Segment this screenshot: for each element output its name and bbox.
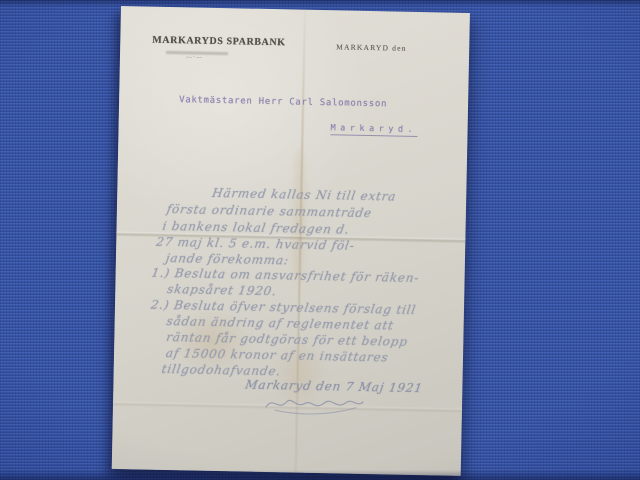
photo-background: MARKARYDS SPARBANK —·— MARKARYD den Vakt… xyxy=(0,0,640,480)
letterhead-place-date: MARKARYD den xyxy=(336,42,407,52)
handwriting-line: Härmed kallas Ni till extra xyxy=(211,186,397,204)
typed-recipient-place: Markaryd. xyxy=(330,123,417,137)
handwriting-line: skapsåret 1920. xyxy=(166,282,278,298)
handwriting-line: jande förekomma: xyxy=(165,251,290,267)
letter-paper: MARKARYDS SPARBANK —·— MARKARYD den Vakt… xyxy=(112,6,470,476)
handwriting-line: tillgodohafvande. xyxy=(161,362,283,378)
signature-illegible xyxy=(263,393,367,417)
handwriting-line: 27 maj kl. 5 e.m. hvarvid föl- xyxy=(155,235,356,253)
typed-recipient-line: Vaktmästaren Herr Carl Salomonsson xyxy=(179,95,387,109)
letterhead-bank-name: MARKARYDS SPARBANK xyxy=(152,35,286,49)
handwriting-line: första ordinarie sammanträde xyxy=(166,202,373,220)
letterhead-ornament: —·— xyxy=(186,54,203,60)
